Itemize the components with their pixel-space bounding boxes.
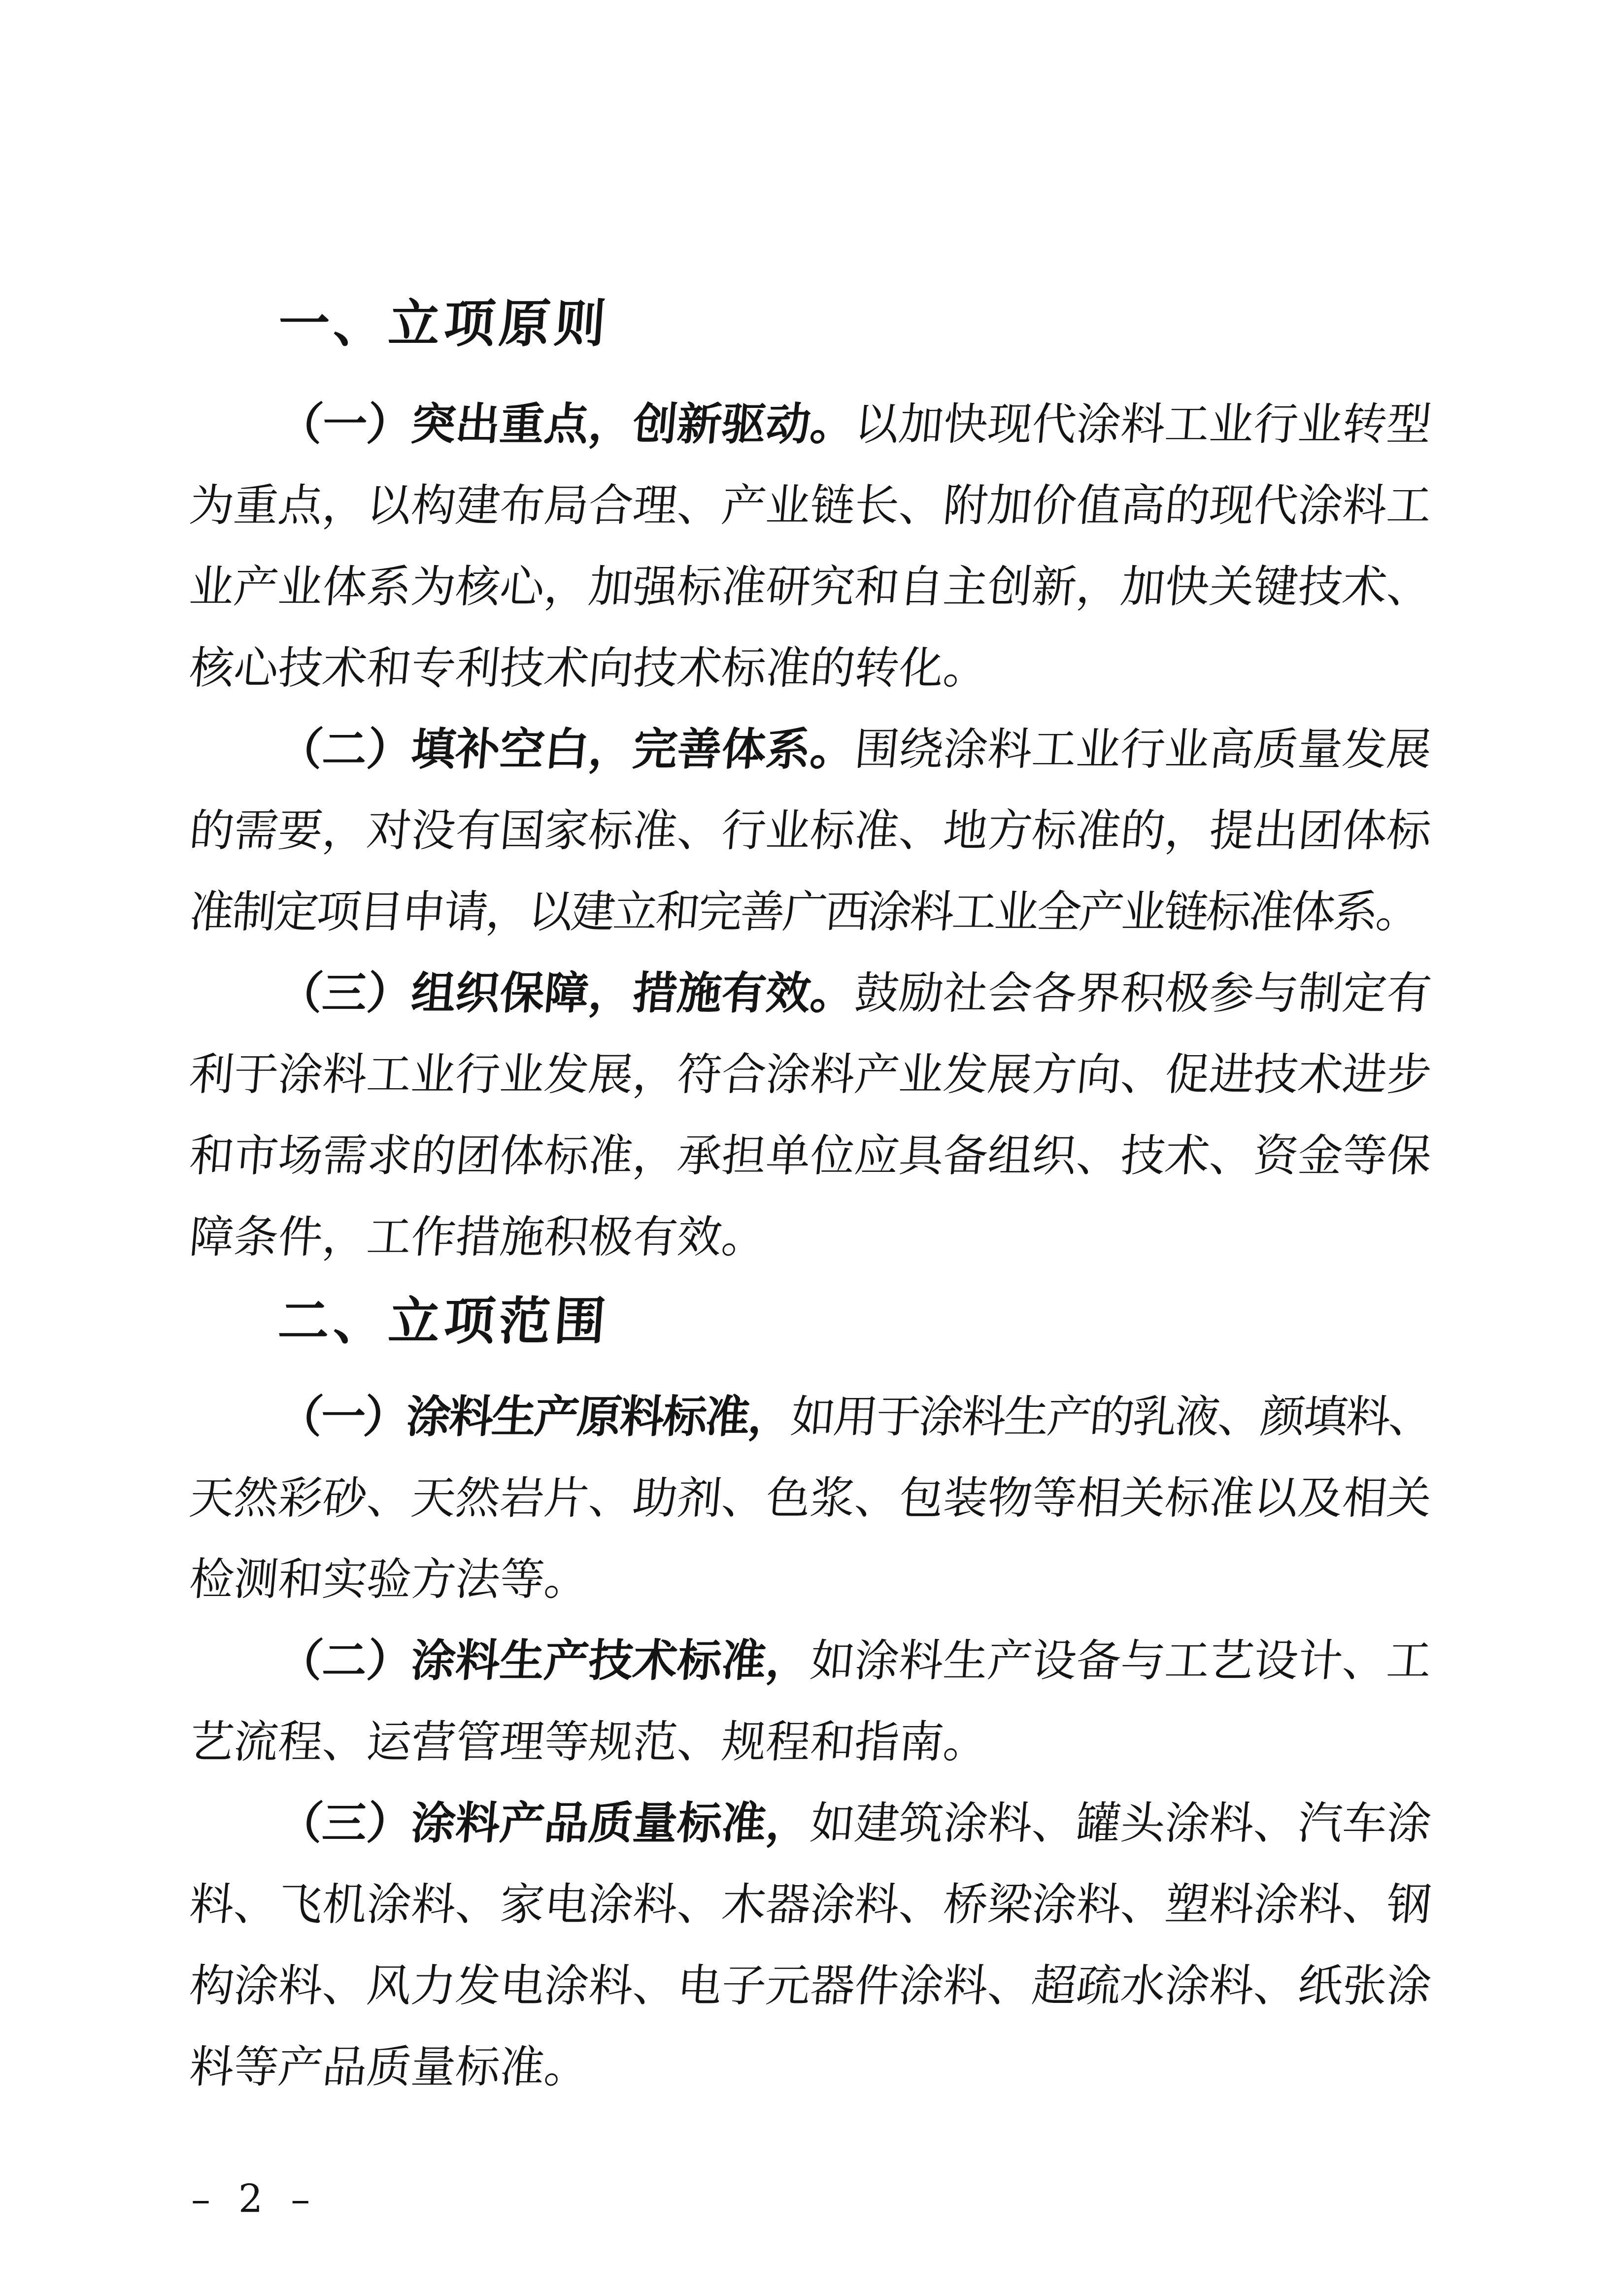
body-text: 如用于涂料生产的乳液、颜填料、	[789, 1391, 1434, 1443]
body-text: 鼓励社会各界积极参与制定有	[852, 967, 1433, 1019]
body-line: 料、飞机涂料、家电涂料、木器涂料、桥梁涂料、塑料涂料、钢	[186, 1864, 1435, 1945]
body-line: （一）突出重点，创新驱动。以加快现代涂料工业行业转型	[186, 384, 1435, 465]
body-line: 准制定项目申请，以建立和完善广西涂料工业全产业链标准体系。	[186, 871, 1435, 953]
body-line: （三）组织保障，措施有效。鼓励社会各界积极参与制定有	[186, 953, 1435, 1034]
body-text: 围绕涂料工业行业高质量发展	[852, 724, 1433, 775]
paragraph-5: （二）涂料生产技术标准，如涂料生产设备与工艺设计、工 艺流程、运营管理等规范、规…	[190, 1620, 1431, 1783]
body-line: 利于涂料工业行业发展，符合涂料产业发展方向、促进技术进步	[186, 1034, 1435, 1115]
body-line: 构涂料、风力发电涂料、电子元器件涂料、超疏水涂料、纸张涂	[186, 1945, 1435, 2027]
body-text: 如建筑涂料、罐头涂料、汽车涂	[808, 1797, 1433, 1849]
paragraph-lead: （三）组织保障，措施有效。	[276, 967, 857, 1019]
page-number: – 2 –	[191, 2177, 311, 2222]
body-line: 天然彩砂、天然岩片、助剂、色浆、包装物等相关标准以及相关	[186, 1458, 1435, 1539]
body-line: 检测和实验方法等。	[186, 1539, 1435, 1620]
body-line: 的需要，对没有国家标准、行业标准、地方标准的，提出团体标	[186, 790, 1435, 871]
body-line: （二）涂料生产技术标准，如涂料生产设备与工艺设计、工	[186, 1620, 1435, 1701]
paragraph-3: （三）组织保障，措施有效。鼓励社会各界积极参与制定有 利于涂料工业行业发展，符合…	[190, 953, 1431, 1278]
body-line: 料等产品质量标准。	[186, 2027, 1435, 2108]
paragraph-lead: （三）涂料产品质量标准，	[276, 1797, 812, 1849]
body-text: 以加快现代涂料工业行业转型	[852, 399, 1433, 450]
body-line: 业产业体系为核心，加强标准研究和自主创新，加快关键技术、	[186, 546, 1435, 628]
paragraph-lead: （二）涂料生产技术标准，	[276, 1634, 812, 1687]
body-line: 艺流程、运营管理等规范、规程和指南。	[186, 1701, 1435, 1783]
paragraph-lead: （一）涂料生产原料标准，	[276, 1391, 793, 1443]
section-2-heading: 二、立项范围	[187, 1289, 1522, 1353]
body-text: 如涂料生产设备与工艺设计、工	[808, 1635, 1433, 1687]
body-line: 为重点，以构建布局合理、产业链长、附加价值高的现代涂料工	[186, 465, 1435, 546]
body-line: 障条件，工作措施积极有效。	[186, 1197, 1435, 1278]
body-line: 核心技术和专利技术向技术标准的转化。	[186, 628, 1435, 709]
body-line: 和市场需求的团体标准，承担单位应具备组织、技术、资金等保	[186, 1115, 1435, 1197]
paragraph-lead: （一）突出重点，创新驱动。	[276, 398, 857, 450]
paragraph-2: （二）填补空白，完善体系。围绕涂料工业行业高质量发展 的需要，对没有国家标准、行…	[190, 709, 1431, 953]
body-line: （三）涂料产品质量标准，如建筑涂料、罐头涂料、汽车涂	[186, 1783, 1435, 1864]
body-line: （二）填补空白，完善体系。围绕涂料工业行业高质量发展	[186, 709, 1435, 790]
section-1-heading: 一、立项原则	[187, 292, 1522, 356]
paragraph-4: （一）涂料生产原料标准，如用于涂料生产的乳液、颜填料、 天然彩砂、天然岩片、助剂…	[190, 1376, 1431, 1620]
paragraph-lead: （二）填补空白，完善体系。	[276, 723, 857, 775]
paragraph-1: （一）突出重点，创新驱动。以加快现代涂料工业行业转型 为重点，以构建布局合理、产…	[190, 384, 1431, 709]
body-line: （一）涂料生产原料标准，如用于涂料生产的乳液、颜填料、	[186, 1376, 1435, 1458]
document-page: 一、立项原则 （一）突出重点，创新驱动。以加快现代涂料工业行业转型 为重点，以构…	[0, 0, 1620, 2296]
paragraph-6: （三）涂料产品质量标准，如建筑涂料、罐头涂料、汽车涂 料、飞机涂料、家电涂料、木…	[190, 1783, 1431, 2108]
